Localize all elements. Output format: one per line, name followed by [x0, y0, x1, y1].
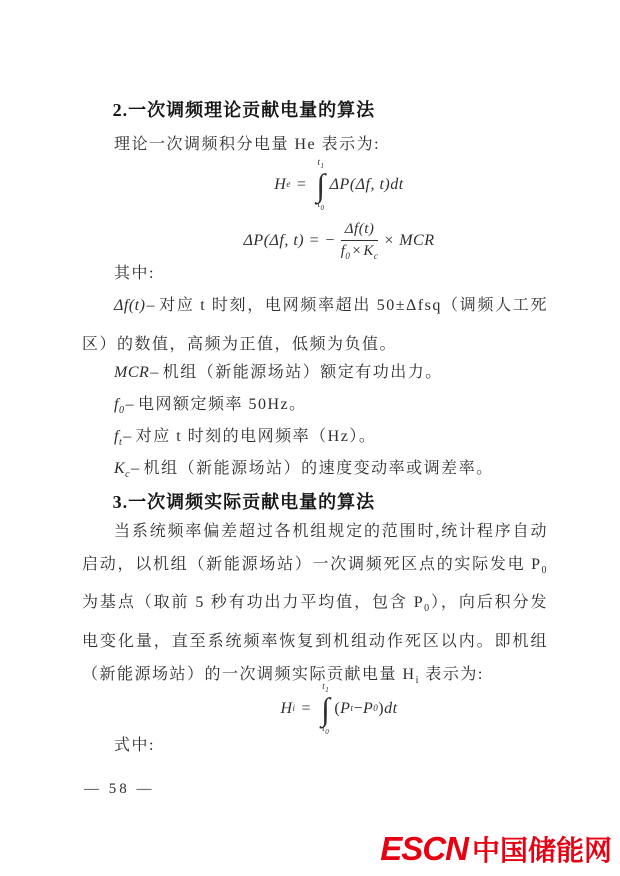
math-sub: 0: [542, 565, 549, 576]
equals-sign: =: [302, 700, 312, 718]
definition-separator: –: [123, 428, 133, 445]
formula-actual-energy: Hi = t1 ∫ t0 (Pt − P0)dt: [82, 682, 548, 736]
math-var-P: P: [340, 700, 350, 718]
math-var-H: H: [280, 700, 292, 718]
section-3-paragraph: 当系统频率偏差超过各机组规定的范围时,统计程序自动启动，以机组（新能源场站）一次…: [82, 516, 548, 698]
integral-symbol: t1 ∫ t0: [316, 158, 325, 212]
definition-delta-f: Δf(t)–对应 t 时刻，电网频率超出 50±Δfsq（调频人工死区）的数值，…: [82, 289, 548, 361]
definition-text: 机组（新能源场站）的速度变动率或调差率。: [144, 460, 494, 477]
definition-term: Δf(t): [114, 297, 145, 314]
integral-sign: ∫: [321, 694, 330, 724]
fraction: Δf(t) f0×Kc: [341, 221, 379, 261]
integral-sign: ∫: [316, 170, 325, 200]
integral-lower-limit: t0: [318, 200, 325, 212]
section-3-heading: 3.一次调频实际贡献电量的算法: [82, 492, 552, 512]
fraction-numerator: Δf(t): [341, 221, 379, 241]
formula-lhs: ΔP(Δf, t) = −: [244, 232, 336, 250]
escn-logo-chinese: 中国储能网: [472, 829, 612, 869]
section-2-heading: 2.一次调频理论贡献电量的算法: [82, 100, 552, 120]
paragraph-text: 当系统频率偏差超过各机组规定的范围时,统计程序自动启动，以机组（新能源场站）一次…: [82, 523, 548, 573]
definition-separator: –: [131, 460, 141, 477]
escn-logo-text: ESCN: [380, 830, 468, 868]
section-2-intro: 理论一次调频积分电量 He 表示为:: [82, 128, 548, 161]
paragraph-text: 为基点（取前 5 秒有功出力平均值，包含 P: [82, 594, 424, 611]
definition-text: 电网额定频率 50Hz。: [138, 396, 307, 413]
definition-separator: –: [125, 396, 135, 413]
definition-text: 机组（新能源场站）额定有功出力。: [163, 364, 443, 381]
equals-sign: =: [297, 176, 307, 194]
math-sub: i: [293, 704, 296, 713]
definition-term: f0: [114, 396, 124, 413]
definition-separator: –: [146, 297, 156, 314]
minus-sign: −: [353, 700, 363, 718]
escn-logo: ESCN中国储能网: [380, 829, 612, 869]
definition-kc: Kc–机组（新能源场站）的速度变动率或调差率。: [82, 452, 548, 491]
math-var-H: H: [274, 176, 286, 194]
integrand: ΔP(Δf, t)dt: [330, 176, 404, 194]
differential-dt: dt: [384, 700, 397, 718]
definition-text: 对应 t 时刻的电网频率（Hz）。: [136, 428, 377, 445]
definition-term: MCR: [114, 364, 149, 381]
math-var-P: P: [363, 700, 373, 718]
formula-theoretical-energy: He = t1 ∫ t0 ΔP(Δf, t)dt: [82, 158, 548, 212]
paragraph-text: 表示为:: [420, 666, 484, 683]
definition-term: ft: [114, 428, 122, 445]
formula-label: 式中:: [82, 729, 548, 762]
formula-delta-p: ΔP(Δf, t) = − Δf(t) f0×Kc × MCR: [82, 221, 548, 261]
where-label: 其中:: [82, 257, 548, 290]
definition-separator: –: [150, 364, 160, 381]
math-sub: e: [286, 180, 291, 189]
formula-rhs: × MCR: [383, 232, 434, 250]
integral-symbol: t1 ∫ t0: [321, 682, 330, 736]
page-number: — 58 —: [84, 781, 155, 798]
definition-term: Kc: [114, 460, 130, 477]
